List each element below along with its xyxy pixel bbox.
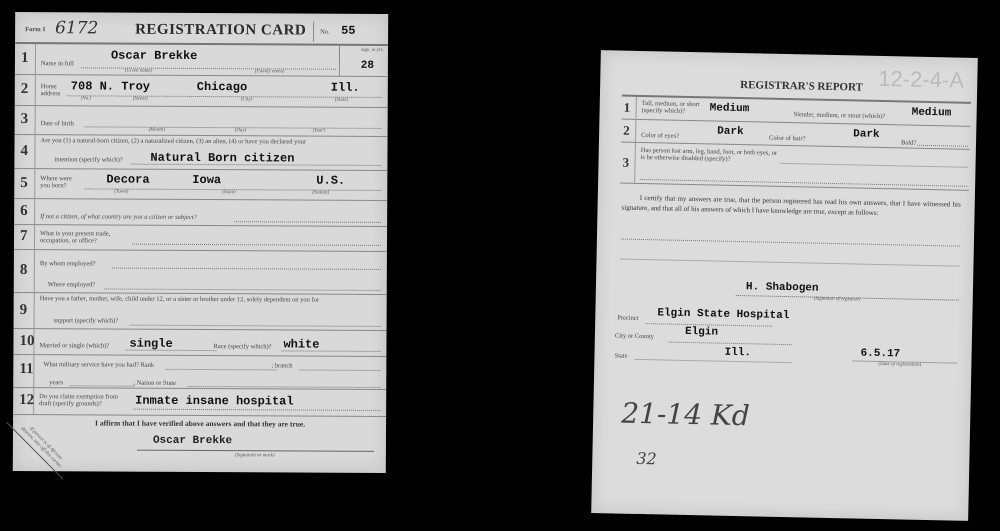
report-title: REGISTRAR'S REPORT xyxy=(740,79,863,94)
row-military: 11 What military service have you had? R… xyxy=(13,355,386,390)
precinct-value: Elgin State Hospital xyxy=(657,307,789,322)
form-label: Form 1 xyxy=(25,26,45,33)
card-title: REGISTRATION CARD xyxy=(135,22,306,40)
name-value: Oscar Brekke xyxy=(111,49,197,63)
stamp-number: 12-2-4-A xyxy=(878,66,964,94)
row-birthplace: 5 Where were you born? Decora Iowa U.S. … xyxy=(14,169,387,201)
row-address: 2 Home address 708 N. Troy Chicago Ill. … xyxy=(15,75,388,108)
age-value: 28 xyxy=(361,60,374,72)
row-citizenship: 4 Are you (1) a natural-born citizen, (2… xyxy=(14,135,387,171)
handwritten-number: 32 xyxy=(636,449,657,468)
eye-color-value: Dark xyxy=(717,126,744,139)
row-disability: 3 Has person lost arm, leg, hand, foot, … xyxy=(620,143,970,191)
row-dependents: 9 Have you a father, mother, wife, child… xyxy=(14,293,387,331)
registration-card: Form 1 6172 REGISTRATION CARD No. 55 1 N… xyxy=(13,12,388,473)
row-name: 1 Name in full Oscar Brekke (Given name)… xyxy=(15,44,388,77)
row-marital-race: 10 Married or single (which)? single Rac… xyxy=(13,329,386,357)
form-number: 6172 xyxy=(55,18,98,38)
row-foreign-citizen: 6 If not a citizen, of what country are … xyxy=(14,199,387,227)
build-value: Medium xyxy=(912,107,952,120)
state-value: Ill. xyxy=(724,347,751,360)
exemption-value: Inmate insane hospital xyxy=(135,394,294,409)
row-occupation: 7 What is your present trade, occupation… xyxy=(14,225,387,252)
row-employer: 8 By whom employed? Where employed? xyxy=(14,250,387,295)
affirm-text: I affirm that I have verified above answ… xyxy=(95,418,305,428)
card-no: 55 xyxy=(341,24,355,38)
hair-color-value: Dark xyxy=(853,128,880,141)
city-value: Elgin xyxy=(685,326,718,339)
registrant-signature: Oscar Brekke xyxy=(153,435,232,447)
handwritten-code: 21-14 Kd xyxy=(621,397,750,433)
corner-note: If person is of African descent, tear of… xyxy=(19,422,67,470)
row-exemption: 12 Do you claim exemption from draft (sp… xyxy=(13,388,386,417)
registrar-signature: H. Shabogen xyxy=(746,281,819,295)
row-dob: 3 Date of birth (Month) (Day) (Year) xyxy=(15,106,388,137)
registrars-report-card: REGISTRAR'S REPORT 12-2-4-A 1 Tall, medi… xyxy=(591,50,978,521)
no-label: No. xyxy=(320,29,330,36)
height-value: Medium xyxy=(710,102,750,115)
certify-text: I certify that my answers are true, that… xyxy=(621,193,960,220)
registration-date: 6.5.17 xyxy=(860,348,900,361)
